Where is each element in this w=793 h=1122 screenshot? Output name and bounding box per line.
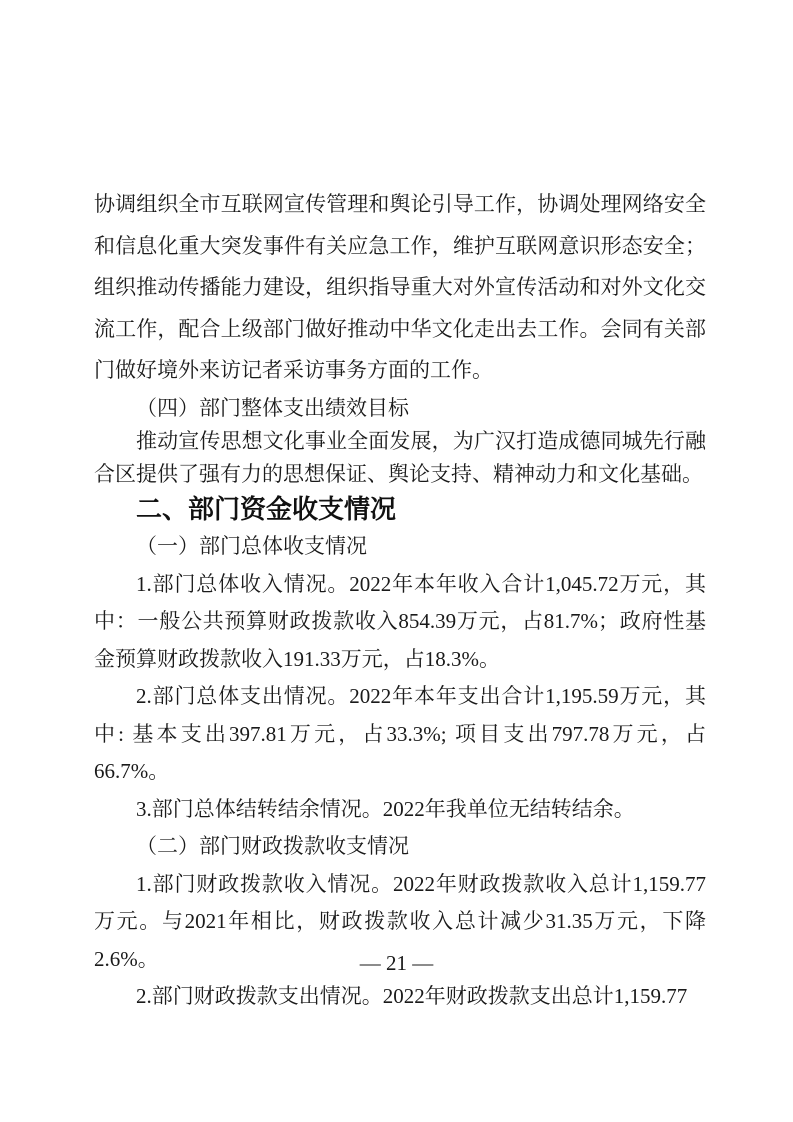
page-number: — 21 — [360,951,434,975]
document-body: 协调组织全市互联网宣传管理和舆论引导工作，协调处理网络安全和信息化重大突发事件有… [94,184,706,1016]
heading-part-two-funds-revenue-expenditure: 二、部门资金收支情况 [94,491,706,529]
page-footer: — 21 — [0,951,793,976]
heading-subsection-one-overall: （一）部门总体收支情况 [94,528,706,566]
paragraph-overall-carryover: 3.部门总体结转结余情况。2022年我单位无结转结余。 [94,791,706,829]
paragraph-overall-expenditure: 2.部门总体支出情况。2022年本年支出合计1,195.59万元，其中: 基本支… [94,678,706,791]
paragraph-fiscal-appropriation-expenditure: 2.部门财政拨款支出情况。2022年财政拨款支出总计1,159.77 [94,978,706,1016]
heading-subsection-two-fiscal-appropriation: （二）部门财政拨款收支情况 [94,828,706,866]
paragraph-overall-income: 1.部门总体收入情况。2022年本年收入合计1,045.72万元，其中：一般公共… [94,566,706,679]
document-page: 协调组织全市互联网宣传管理和舆论引导工作，协调处理网络安全和信息化重大突发事件有… [0,0,793,1122]
heading-section-four-performance-goal: （四）部门整体支出绩效目标 [94,392,706,425]
paragraph-performance-goal: 推动宣传思想文化事业全面发展，为广汉打造成德同城先行融合区提供了强有力的思想保证… [94,425,706,491]
paragraph-duties-continued: 协调组织全市互联网宣传管理和舆论引导工作，协调处理网络安全和信息化重大突发事件有… [94,184,706,392]
